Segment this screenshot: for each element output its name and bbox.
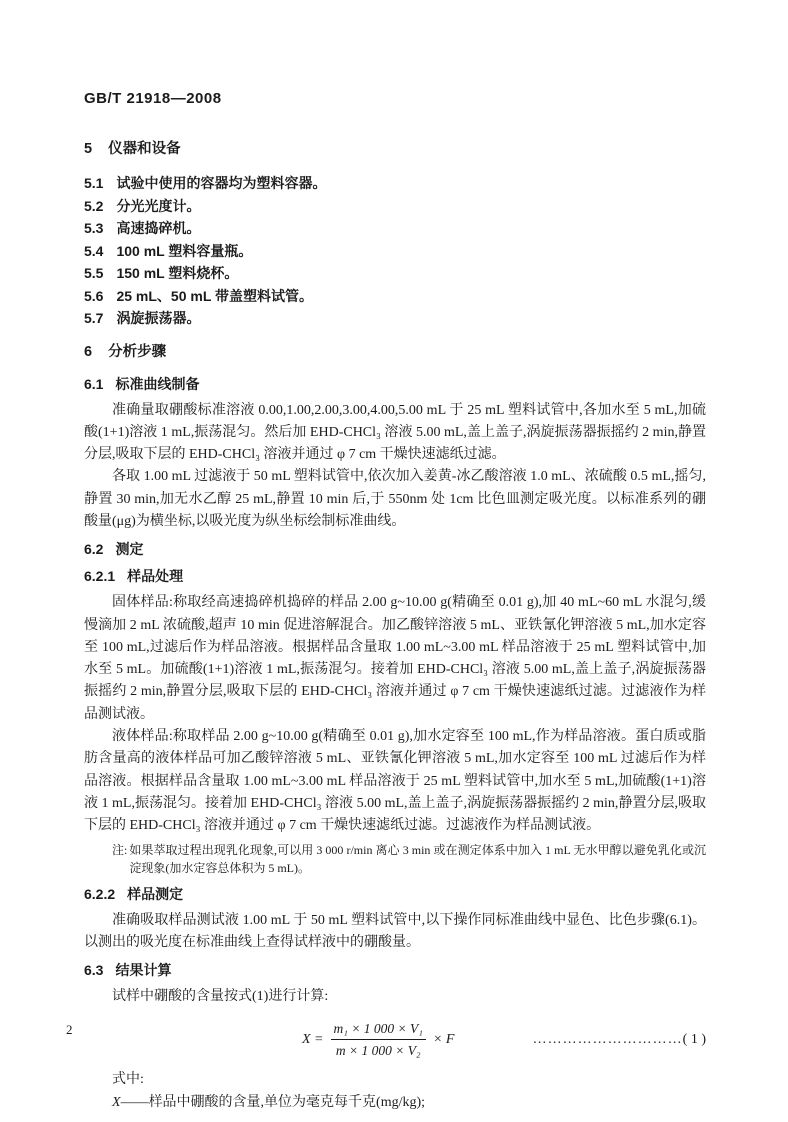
page-number: 2	[66, 1022, 73, 1038]
section-6-heading: 6分析步骤	[84, 340, 706, 361]
section-6-1-heading: 6.1标准曲线制备	[84, 373, 706, 395]
clause-text: 分光光度计。	[116, 198, 200, 214]
section-6-2-2-heading: 6.2.2样品测定	[84, 883, 706, 905]
clause-number: 6.1	[84, 376, 103, 392]
clause-number: 5.6	[84, 288, 103, 304]
formula-dot-leader: …………………………	[533, 1032, 683, 1048]
where-label: 式中:	[84, 1069, 706, 1091]
clause-text: 涡旋振荡器。	[116, 310, 200, 326]
para-formula-intro: 试样中硼酸的含量按式(1)进行计算:	[84, 986, 706, 1008]
section-5-title: 仪器和设备	[108, 141, 181, 157]
para-6-1-standard-curve: 准确量取硼酸标准溶液 0.00,1.00,2.00,3.00,4.00,5.00…	[84, 400, 706, 467]
where-definition-x: X——样品中硼酸的含量,单位为毫克每千克(mg/kg);	[84, 1092, 706, 1114]
clause-number: 5.2	[84, 198, 103, 214]
clause-5-1: 5.1试验中使用的容器均为塑料容器。	[84, 172, 706, 195]
variable-x-definition: ——样品中硼酸的含量,单位为毫克每千克(mg/kg);	[121, 1095, 426, 1110]
section-6-2-heading: 6.2测定	[84, 538, 706, 560]
page-content: GB/T 21918—2008 5仪器和设备 5.1试验中使用的容器均为塑料容器…	[84, 90, 706, 1114]
variable-x: X	[112, 1095, 121, 1110]
clause-text: 试验中使用的容器均为塑料容器。	[116, 175, 326, 191]
formula-equation-number: ( 1 )	[683, 1032, 706, 1048]
section-6-number: 6	[84, 344, 92, 360]
clause-title: 测定	[115, 541, 143, 557]
standard-code-header: GB/T 21918—2008	[84, 90, 706, 107]
para-6-1-colorimetry: 各取 1.00 mL 过滤液于 50 mL 塑料试管中,依次加入姜黄-冰乙酸溶液…	[84, 466, 706, 533]
clause-number: 5.3	[84, 220, 103, 236]
clause-text: 25 mL、50 mL 带盖塑料试管。	[116, 288, 313, 304]
formula-lhs: X =	[302, 1032, 324, 1048]
clause-title: 样品处理	[127, 568, 183, 584]
section-5-items: 5.1试验中使用的容器均为塑料容器。 5.2分光光度计。 5.3高速捣碎机。 5…	[84, 172, 706, 330]
clause-text: 150 mL 塑料烧杯。	[116, 265, 238, 281]
note-label: 注:	[112, 841, 127, 878]
clause-number: 6.2	[84, 541, 103, 557]
formula-fraction: m₁ × 1 000 × V₁ m × 1 000 × V₂	[331, 1020, 426, 1059]
clause-text: 高速捣碎机。	[116, 220, 200, 236]
clause-number: 5.5	[84, 265, 103, 281]
clause-title: 标准曲线制备	[115, 376, 199, 392]
clause-5-4: 5.4100 mL 塑料容量瓶。	[84, 240, 706, 263]
clause-5-7: 5.7涡旋振荡器。	[84, 307, 706, 330]
clause-5-3: 5.3高速捣碎机。	[84, 217, 706, 240]
clause-number: 5.1	[84, 175, 103, 191]
section-5-number: 5	[84, 141, 92, 157]
section-6-title: 分析步骤	[108, 344, 166, 360]
clause-text: 100 mL 塑料容量瓶。	[116, 243, 252, 259]
clause-number: 5.4	[84, 243, 103, 259]
clause-number: 6.3	[84, 962, 103, 978]
clause-5-2: 5.2分光光度计。	[84, 195, 706, 218]
formula-numerator: m₁ × 1 000 × V₁	[331, 1020, 426, 1040]
formula-suffix: × F	[433, 1032, 455, 1048]
clause-5-6: 5.625 mL、50 mL 带盖塑料试管。	[84, 285, 706, 308]
clause-number: 6.2.1	[84, 568, 115, 584]
formula-denominator: m × 1 000 × V₂	[331, 1040, 426, 1059]
para-solid-sample: 固体样品:称取经高速捣碎机捣碎的样品 2.00 g~10.00 g(精确至 0.…	[84, 592, 706, 726]
clause-5-5: 5.5150 mL 塑料烧杯。	[84, 262, 706, 285]
section-6-3-heading: 6.3结果计算	[84, 959, 706, 981]
section-6-2-1-heading: 6.2.1样品处理	[84, 565, 706, 587]
clause-title: 结果计算	[115, 962, 171, 978]
clause-number: 5.7	[84, 310, 103, 326]
clause-title: 样品测定	[127, 886, 183, 902]
note-block: 注: 如果萃取过程出现乳化现象,可以用 3 000 r/min 离心 3 min…	[112, 841, 706, 878]
section-5-heading: 5仪器和设备	[84, 137, 706, 158]
clause-number: 6.2.2	[84, 886, 115, 902]
document-page: GB/T 21918—2008 5仪器和设备 5.1试验中使用的容器均为塑料容器…	[0, 0, 788, 1122]
para-liquid-sample: 液体样品:称取样品 2.00 g~10.00 g(精确至 0.01 g),加水定…	[84, 726, 706, 837]
para-sample-measurement: 准确吸取样品测试液 1.00 mL 于 50 mL 塑料试管中,以下操作同标准曲…	[84, 910, 706, 955]
formula-1: X = m₁ × 1 000 × V₁ m × 1 000 × V₂ × F ……	[84, 1020, 706, 1059]
note-text: 如果萃取过程出现乳化现象,可以用 3 000 r/min 离心 3 min 或在…	[129, 841, 706, 878]
